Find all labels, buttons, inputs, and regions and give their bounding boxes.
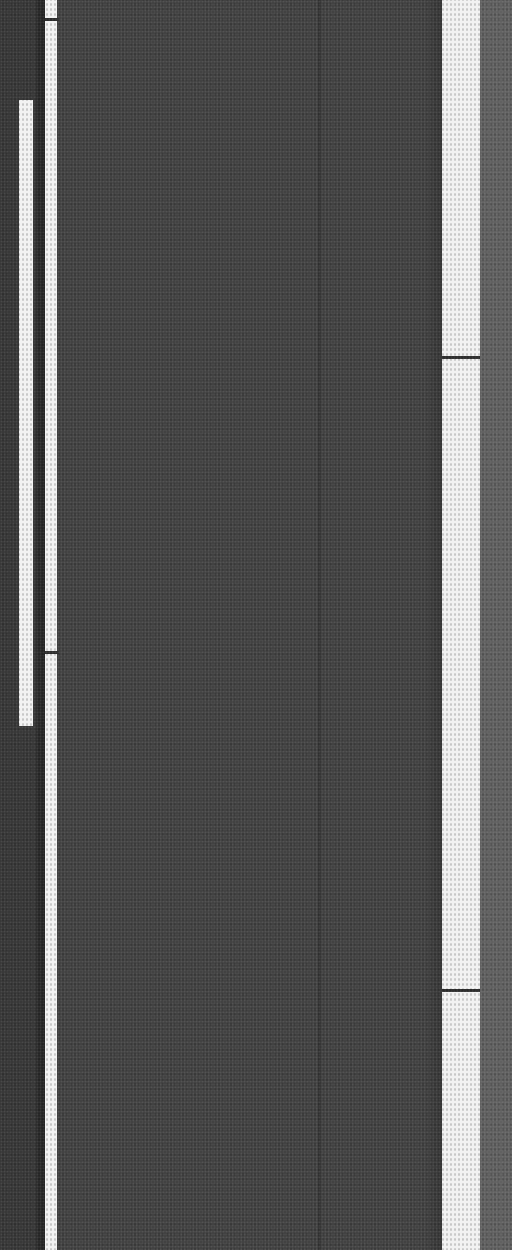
road-scene <box>0 0 512 1250</box>
left-line-joint <box>45 18 59 21</box>
left-short-stripe <box>19 100 33 726</box>
longitudinal-crack <box>318 0 321 1250</box>
right-line-joint <box>442 989 480 992</box>
left-edge-line <box>45 0 57 1250</box>
right-shoulder <box>480 0 512 1250</box>
right-line-joint <box>442 356 480 359</box>
lane-edge-shadow <box>424 0 442 1250</box>
right-edge-line <box>442 0 480 1250</box>
main-lane-asphalt <box>58 0 442 1250</box>
left-line-joint <box>45 651 59 654</box>
